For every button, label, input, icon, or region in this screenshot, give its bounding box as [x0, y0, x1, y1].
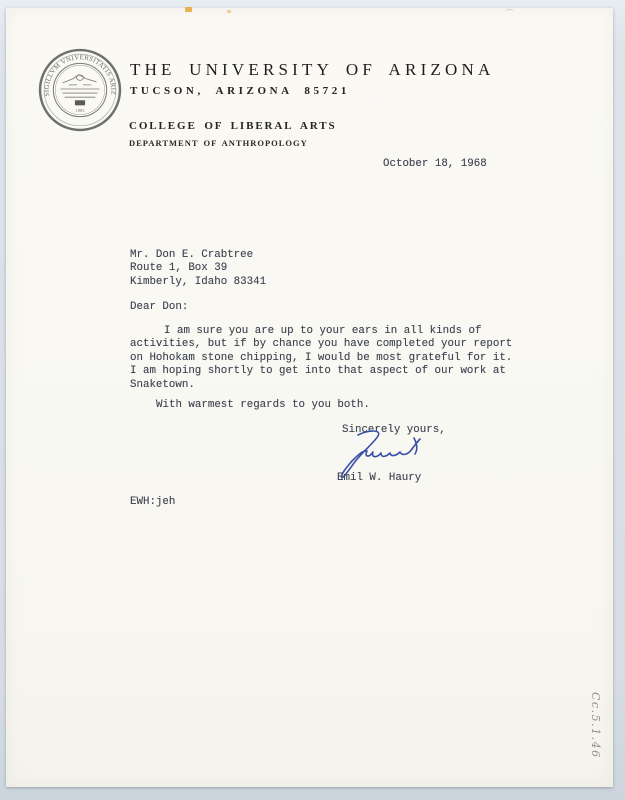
body-line: I am hoping shortly to get into that asp… [130, 365, 512, 378]
typist-initials: EWH:jeh [130, 496, 175, 509]
letter-body-paragraph: I am sure you are up to your ears in all… [130, 325, 512, 392]
scanned-letter-page: { "letterhead": { "seal_text": "SIGILLVM… [0, 0, 625, 800]
orange-speck-mark [227, 10, 231, 13]
letter-date: October 18, 1968 [383, 158, 487, 171]
salutation: Dear Don: [130, 301, 188, 314]
seal-landscape-art [61, 75, 100, 98]
letter-paper: SIGILLVM VNIVERSITATIS ARIZONENSIS 1885 … [6, 8, 613, 787]
pencil-smudge: - - - - [43, 37, 91, 43]
body-line: Snaketown. [130, 379, 512, 392]
recipient-name: Mr. Don E. Crabtree [130, 249, 266, 262]
university-seal-icon: SIGILLVM VNIVERSITATIS ARIZONENSIS 1885 [38, 48, 122, 132]
letterhead-city-line: TUCSON, ARIZONA 85721 [130, 85, 350, 97]
closing-line: With warmest regards to you both. [130, 399, 370, 412]
letterhead-institution: THE UNIVERSITY OF ARIZONA [130, 60, 494, 80]
letterhead-department: DEPARTMENT OF ANTHROPOLOGY [129, 138, 308, 148]
body-line: activities, but if by chance you have co… [130, 338, 512, 351]
catalog-number-annotation: Cc.5.1.46 [589, 692, 602, 759]
recipient-city: Kimberly, Idaho 83341 [130, 276, 266, 289]
body-line: I am sure you are up to your ears in all… [130, 325, 512, 338]
recipient-address-block: Mr. Don E. Crabtree Route 1, Box 39 Kimb… [130, 249, 266, 289]
body-line: on Hohokam stone chipping, I would be mo… [130, 352, 512, 365]
letterhead-college: COLLEGE OF LIBERAL ARTS [129, 120, 336, 132]
seal-book-glyph [75, 100, 85, 105]
signature-typed-name: Emil W. Haury [337, 472, 421, 485]
recipient-street: Route 1, Box 39 [130, 262, 266, 275]
orange-speck-mark [185, 7, 192, 12]
faint-scan-squiggle [505, 9, 514, 15]
seal-year: 1885 [76, 108, 86, 113]
